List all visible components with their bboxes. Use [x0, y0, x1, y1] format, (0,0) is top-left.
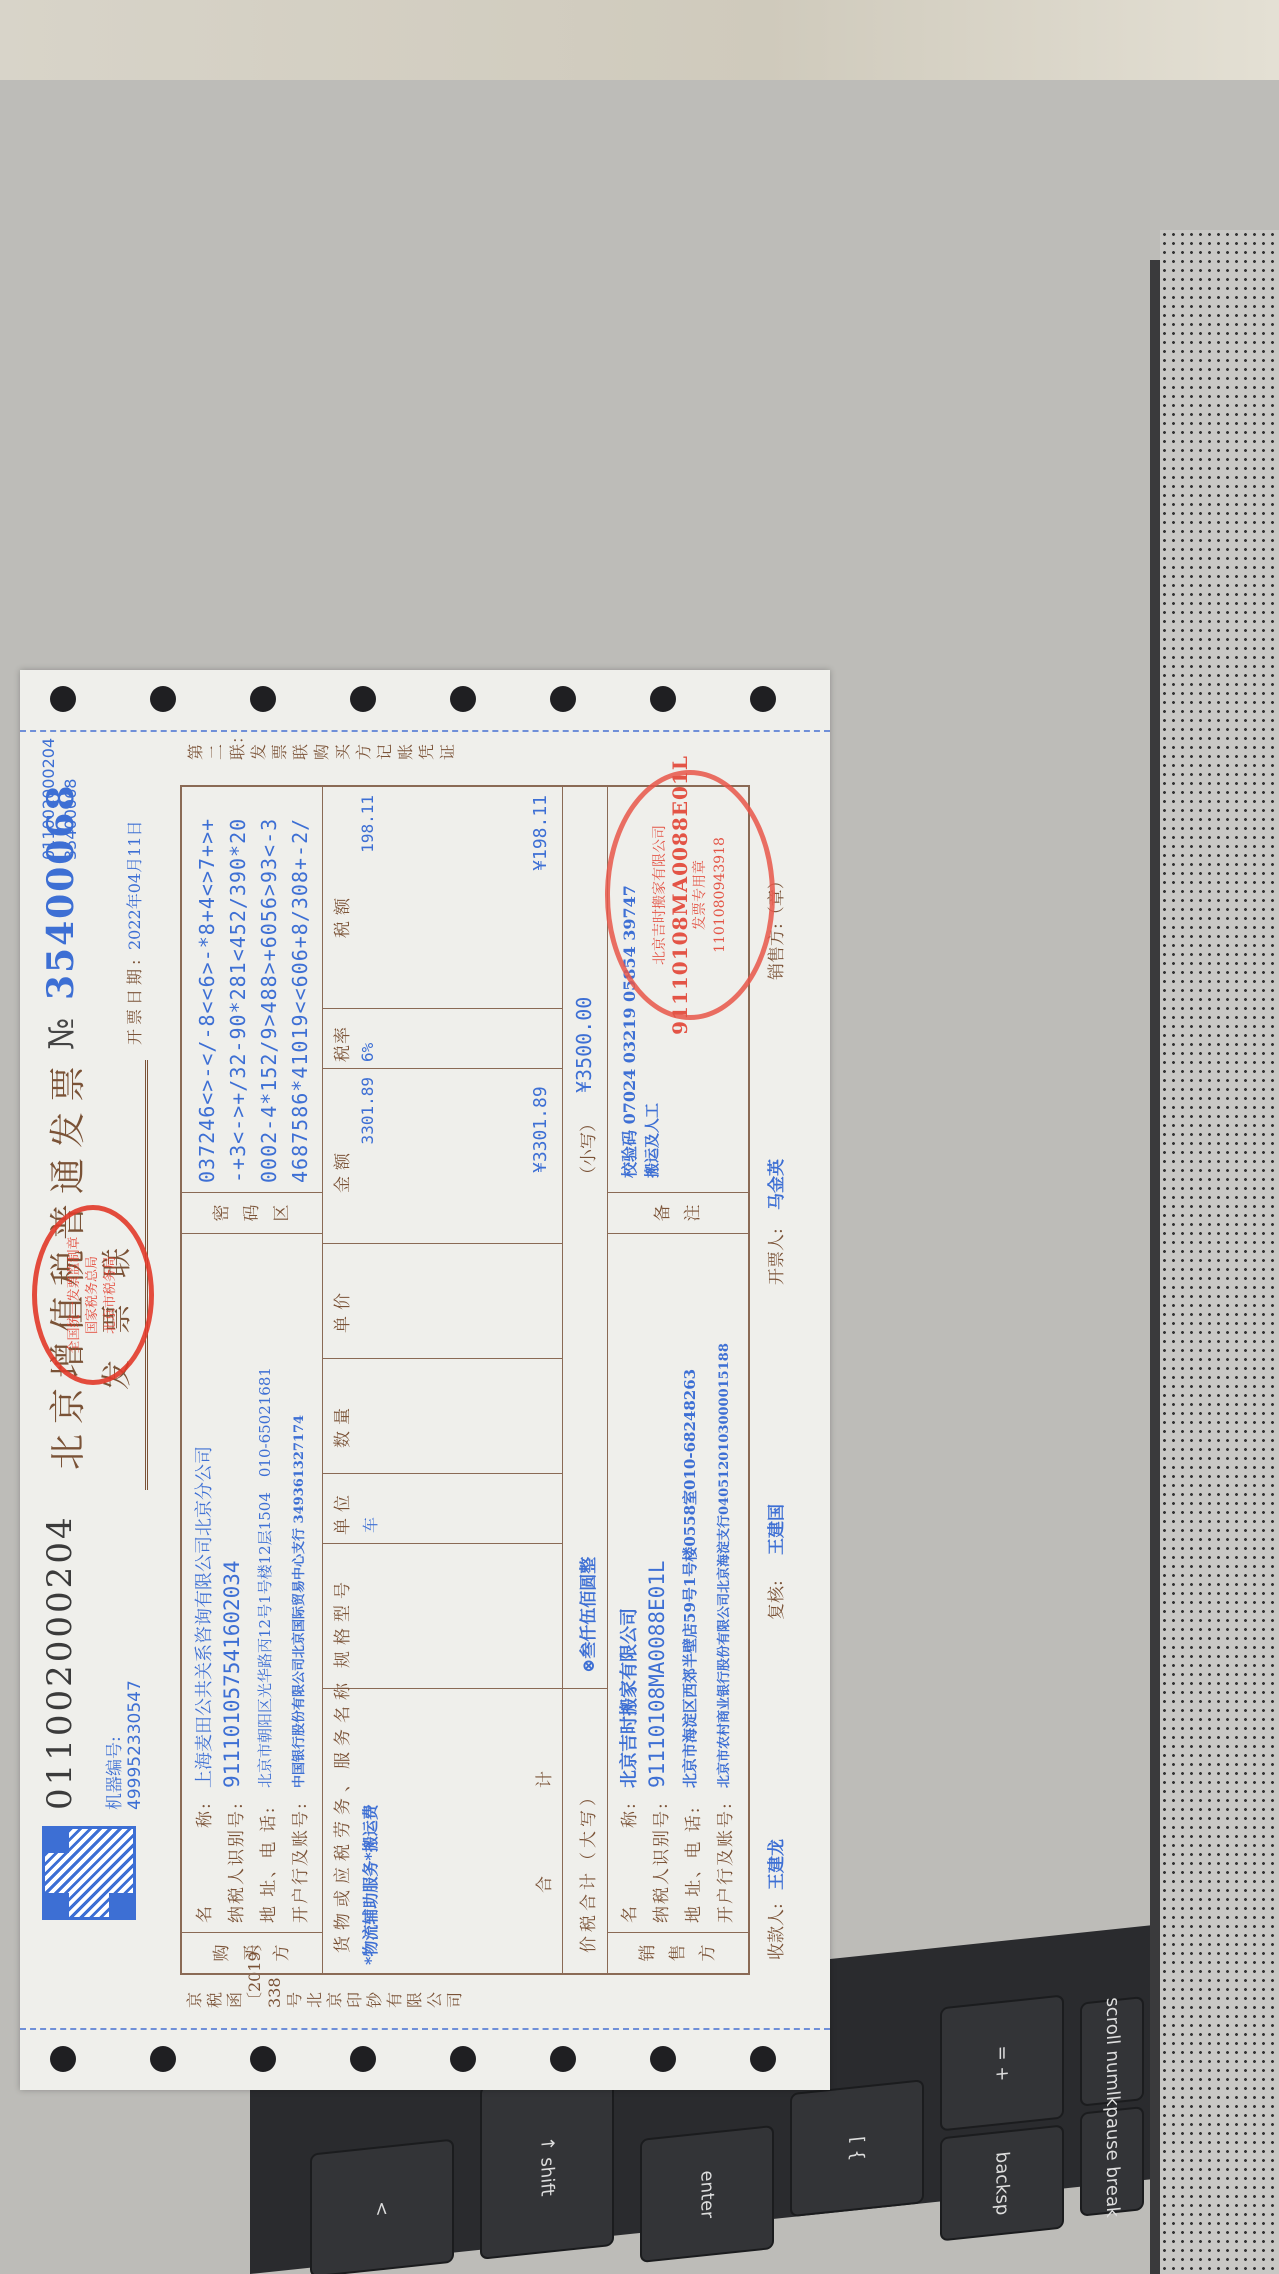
payee-name: 王建龙: [762, 1839, 787, 1890]
key-enter: enter: [640, 2125, 774, 2263]
tractor-feed-left: [20, 2028, 830, 2090]
key-equals-plus: = +: [940, 1994, 1064, 2131]
key-bracket: [ {: [790, 2079, 924, 2217]
items-section: 货物或应税劳务、服务名称 *物流辅助服务*搬运费 规格型号 单位 车 数量 单价…: [322, 787, 563, 1973]
key-comma: <: [310, 2139, 454, 2274]
item-amount: 3301.89: [358, 1077, 377, 1144]
machine-number-label: 机器编号:: [100, 1736, 125, 1810]
total-amount: ¥3301.89: [530, 1086, 551, 1173]
item-tax: 198.11: [358, 795, 377, 853]
laptop-speaker-grille: [1160, 230, 1279, 2274]
tablecloth-background: [0, 0, 1279, 80]
buyer-name: 上海麦田公共关系咨询有限公司北京分公司: [190, 1446, 216, 1788]
grand-total-upper: ⊗叁仟伍佰圆整: [574, 1557, 599, 1673]
number-sign: №: [42, 1018, 82, 1050]
buyer-tax-id: 911101057541602034: [220, 1560, 244, 1788]
grand-total-label: 价税合计（大写）: [574, 1785, 599, 1953]
tractor-feed-right: [20, 670, 830, 732]
grand-total-lower: ¥3500.00: [572, 997, 596, 1093]
item-rate: 6%: [358, 1043, 377, 1062]
buyer-info: 名 称: 上海麦田公共关系咨询有限公司北京分公司 纳税人识别号: 9111010…: [182, 1233, 322, 1933]
key-shift: ↑ shift: [480, 2072, 614, 2260]
seller-tax-id: 91110108MA0088E01L: [645, 1560, 669, 1788]
key-scroll-lock: scroll numlk: [1080, 1996, 1144, 2107]
invoice-paper: 011002000204 机器编号: 499952330547 北京增值税普通发…: [20, 670, 830, 2090]
invoice-code: 011002000204: [40, 1514, 80, 1810]
cipher-side-label: 密码区: [182, 1192, 322, 1233]
seller-invoice-stamp: 北京吉时搬家有限公司 91110108MA0088E01L 发票专用章 1101…: [605, 770, 775, 1020]
invoice-code-small: 011002000204 35400068: [38, 738, 82, 860]
item-name: *物流辅助服务*搬运费: [358, 1804, 381, 1965]
copy-usage-note: 第二联：发票联 购买方记账凭证: [185, 738, 458, 760]
buyer-bank: 中国银行股份有限公司北京国际贸易中心支行 349361327174: [288, 1415, 307, 1788]
total-row: 合 计 ¥3301.89 ¥198.11: [522, 787, 562, 1973]
key-pause-break: pause break: [1080, 2106, 1144, 2217]
machine-number: 499952330547: [125, 1680, 145, 1810]
buyer-side-label: 购买方: [182, 1932, 322, 1973]
seller-bank: 北京市农村商业银行股份有限公司北京海淀支行0405120103000015188: [713, 1343, 732, 1788]
key-backspace: backsp: [940, 2124, 1064, 2241]
remarks-note: 搬运及人工: [641, 1103, 662, 1178]
seller-name: 北京吉时搬家有限公司: [615, 1608, 641, 1788]
tax-bureau-stamp: 全国统一发票监制章 国家税务总局 北京市税务局: [32, 1205, 154, 1385]
qr-code-icon: [42, 1826, 136, 1920]
grand-total-row: 价税合计（大写） ⊗叁仟伍佰圆整 （小写） ¥3500.00: [562, 787, 608, 1973]
buyer-section: 购买方 名 称: 上海麦田公共关系咨询有限公司北京分公司 纳税人识别号: 911…: [182, 787, 323, 1973]
item-unit: 车: [358, 1517, 381, 1533]
drawer-name: 马金英: [762, 1159, 787, 1210]
seller-address: 北京市海淀区西郊半壁店59号1号楼0558室010-68248263: [679, 1369, 700, 1788]
issue-date: 2022年04月11日: [122, 821, 145, 950]
total-tax: ¥198.11: [530, 795, 551, 871]
buyer-address: 北京市朝阳区光华路丙12号1号楼12层1504 010-65021681: [254, 1367, 275, 1788]
printer-note: 京税函〔2019〕338号北京印钞有限公司: [185, 1986, 465, 2008]
reviewer-name: 王建国: [762, 1504, 787, 1555]
seller-info: 名 称: 北京吉时搬家有限公司 纳税人识别号: 91110108MA0088E0…: [607, 1233, 748, 1933]
issue-date-label: 开票日期:: [122, 956, 145, 1045]
remarks-side-label: 备注: [607, 1192, 748, 1233]
seller-side-label: 销售方: [607, 1932, 748, 1973]
cipher-area: 037246<>-</-8<<6>-*8+4<>7+>+ -+3<->+/32-…: [192, 818, 316, 1183]
invoice-header: 011002000204 机器编号: 499952330547 北京增值税普通发…: [30, 750, 180, 2010]
